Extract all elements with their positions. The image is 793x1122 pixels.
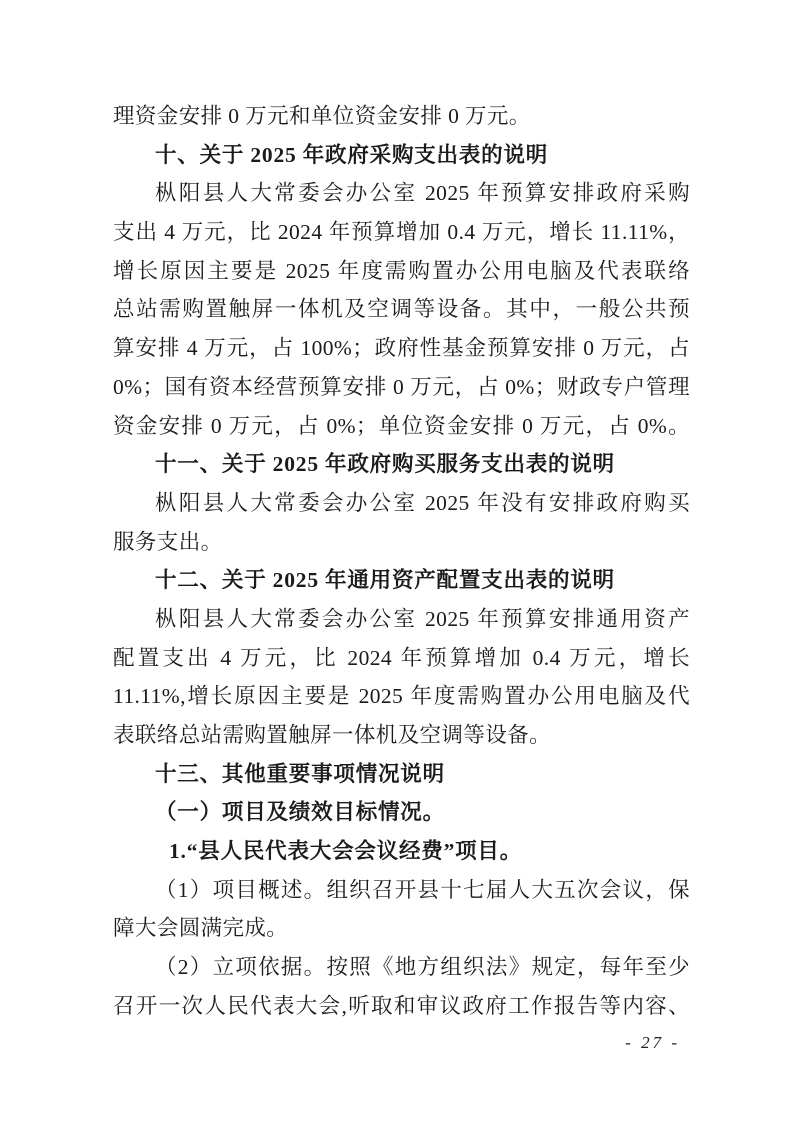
text-line: 枞阳县人大常委会办公室 2025 年预算安排通用资产 [113, 600, 690, 639]
document-body: 理资金安排 0 万元和单位资金安排 0 万元。十、关于 2025 年政府采购支出… [113, 97, 690, 1026]
text-line: 11.11%,增长原因主要是 2025 年度需购置办公用电脑及代 [113, 677, 690, 716]
heading-line: 1.“县人民代表大会会议经费”项目。 [113, 832, 690, 871]
heading-line: （一）项目及绩效目标情况。 [113, 793, 690, 832]
text-line: 枞阳县人大常委会办公室 2025 年没有安排政府购买 [113, 484, 690, 523]
heading-line: 十一、关于 2025 年政府购买服务支出表的说明 [113, 445, 690, 484]
page-footer: - 27 - [113, 1033, 690, 1053]
text-line: 服务支出。 [113, 523, 690, 562]
heading-line: 十三、其他重要事项情况说明 [113, 755, 690, 794]
text-line: 理资金安排 0 万元和单位资金安排 0 万元。 [113, 97, 690, 136]
text-line: 枞阳县人大常委会办公室 2025 年预算安排政府采购 [113, 174, 690, 213]
text-line: 算安排 4 万元，占 100%；政府性基金预算安排 0 万元，占 [113, 329, 690, 368]
document-page: 理资金安排 0 万元和单位资金安排 0 万元。十、关于 2025 年政府采购支出… [0, 0, 793, 1122]
text-line: 表联络总站需购置触屏一体机及空调等设备。 [113, 716, 690, 755]
text-line: 总站需购置触屏一体机及空调等设备。其中，一般公共预 [113, 290, 690, 329]
text-line: 支出 4 万元，比 2024 年预算增加 0.4 万元，增长 11.11%， [113, 213, 690, 252]
text-line: 召开一次人民代表大会,听取和审议政府工作报告等内容、 [113, 987, 690, 1026]
text-line: 配置支出 4 万元，比 2024 年预算增加 0.4 万元，增长 [113, 639, 690, 678]
text-line: 增长原因主要是 2025 年度需购置办公用电脑及代表联络 [113, 252, 690, 291]
text-line: （2）立项依据。按照《地方组织法》规定，每年至少 [113, 948, 690, 987]
page-number: - 27 - [625, 1033, 690, 1053]
text-line: 障大会圆满完成。 [113, 909, 690, 948]
heading-line: 十、关于 2025 年政府采购支出表的说明 [113, 136, 690, 175]
text-line: 0%；国有资本经营预算安排 0 万元，占 0%；财政专户管理 [113, 368, 690, 407]
text-line: 资金安排 0 万元，占 0%；单位资金安排 0 万元，占 0%。 [113, 407, 690, 446]
heading-line: 十二、关于 2025 年通用资产配置支出表的说明 [113, 561, 690, 600]
text-line: （1）项目概述。组织召开县十七届人大五次会议，保 [113, 871, 690, 910]
